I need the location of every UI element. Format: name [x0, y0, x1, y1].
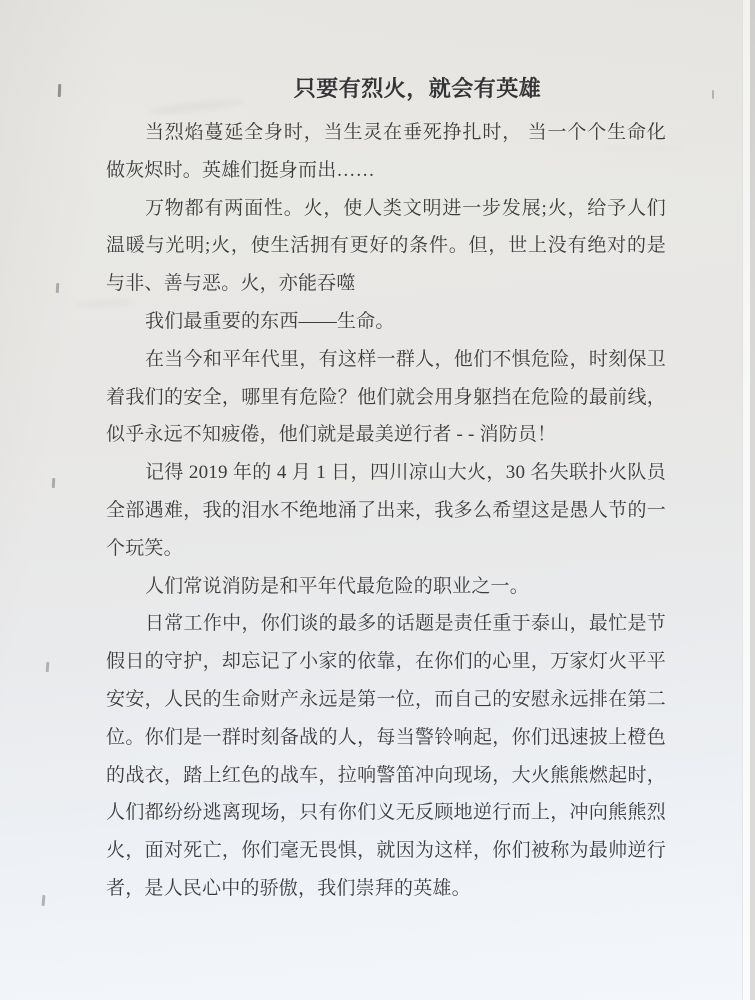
essay-body: 当烈焰蔓延全身时，当生灵在垂死挣扎时， 当一个个生命化做灰烬时。英雄们挺身而出…… [106, 114, 666, 908]
essay-title: 只要有烈火，就会有英雄 [0, 72, 755, 103]
ink-speck [46, 662, 50, 672]
essay-paragraph: 我们最重要的东西——生命。 [106, 303, 666, 341]
essay-paragraph: 当烈焰蔓延全身时，当生灵在垂死挣扎时， 当一个个生命化做灰烬时。英雄们挺身而出…… [106, 114, 666, 190]
photographed-document: 只要有烈火，就会有英雄 当烈焰蔓延全身时，当生灵在垂死挣扎时， 当一个个生命化做… [0, 0, 755, 1000]
paper-sheet: 只要有烈火，就会有英雄 当烈焰蔓延全身时，当生灵在垂死挣扎时， 当一个个生命化做… [0, 0, 750, 1000]
essay-paragraph: 日常工作中，你们谈的最多的话题是责任重于泰山，最忙是节假日的守护，却忘记了小家的… [106, 605, 666, 907]
ink-speck [52, 478, 56, 488]
essay-paragraph: 记得 2019 年的 4 月 1 日，四川凉山大火，30 名失联扑火队员全部遇难… [106, 454, 666, 567]
ink-speck [42, 895, 46, 906]
page-edge-highlight [742, 0, 750, 1000]
essay-paragraph: 人们常说消防是和平年代最危险的职业之一。 [106, 568, 666, 606]
essay-paragraph: 在当今和平年代里，有这样一群人，他们不惧危险，时刻保卫着我们的安全，哪里有危险？… [106, 341, 666, 454]
essay-paragraph: 万物都有两面性。火，使人类文明进一步发展;火，给予人们温暖与光明;火，使生活拥有… [106, 190, 666, 303]
ink-speck [56, 283, 60, 293]
